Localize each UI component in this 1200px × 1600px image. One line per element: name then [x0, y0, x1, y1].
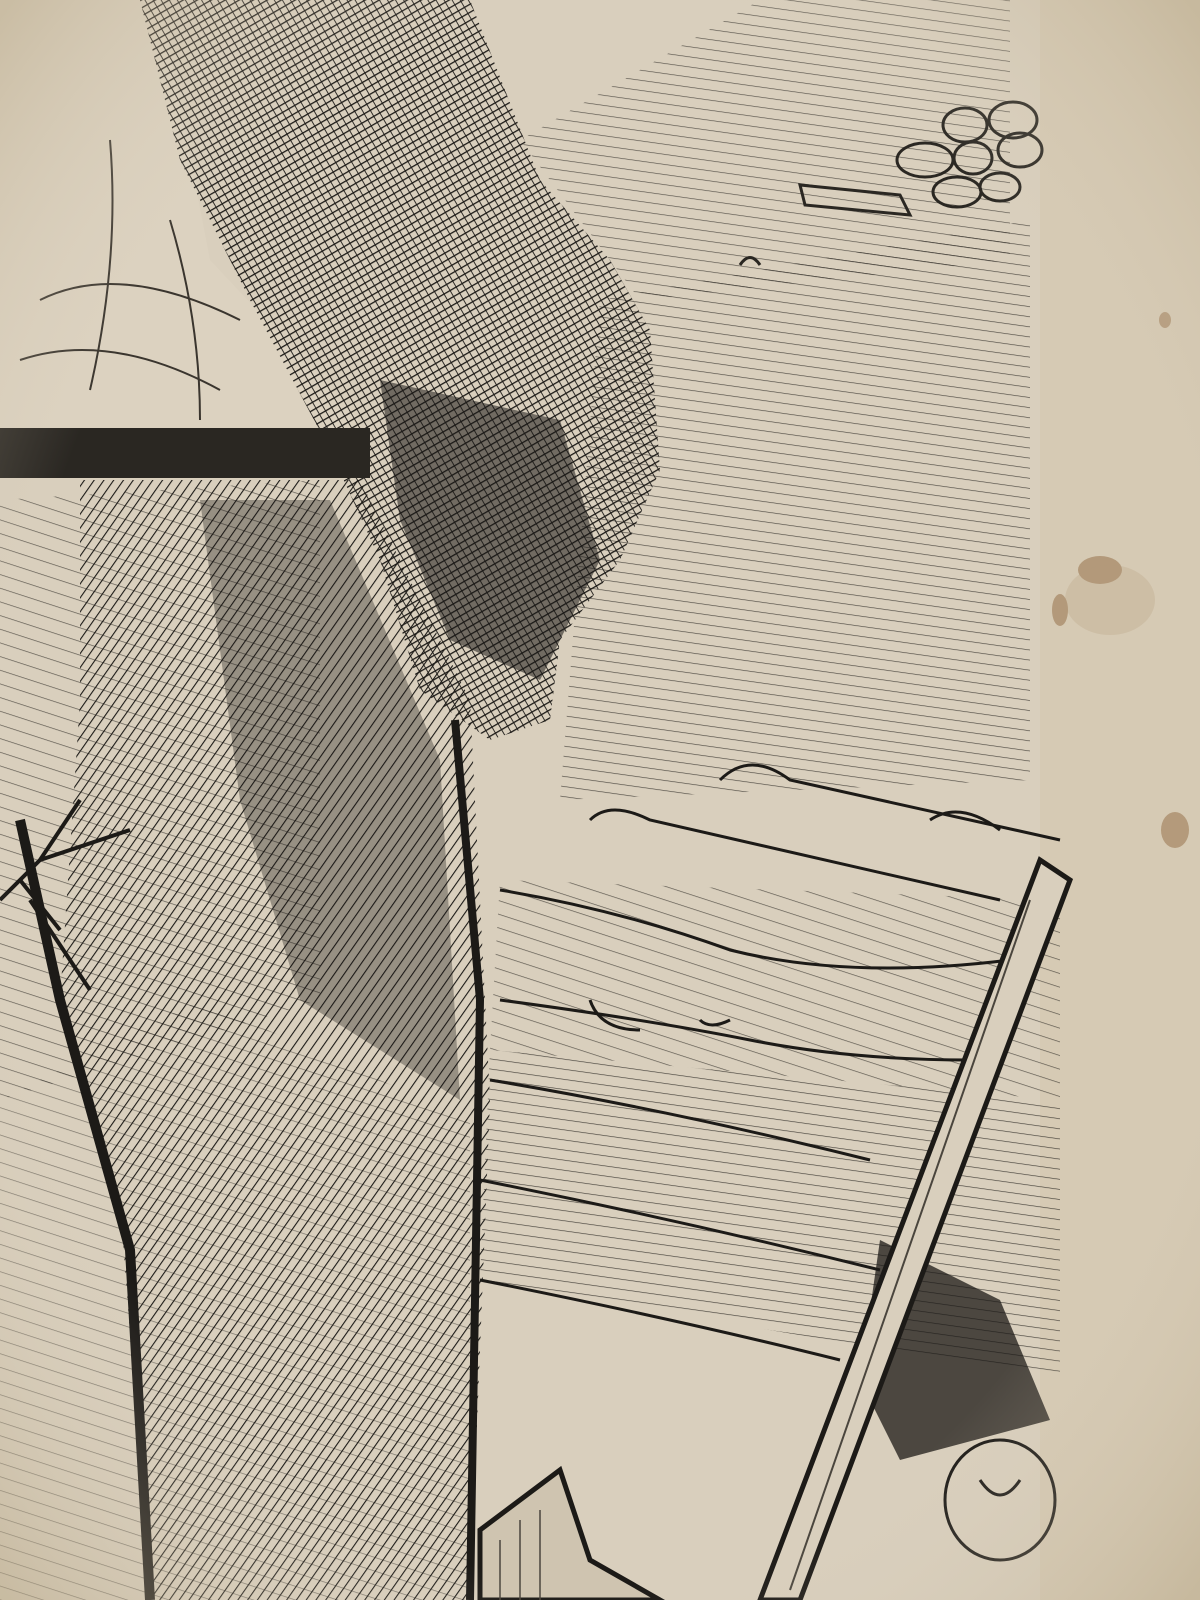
ink-illustration: Photograph of a pen-and-ink hatched illu…	[0, 0, 1200, 1600]
